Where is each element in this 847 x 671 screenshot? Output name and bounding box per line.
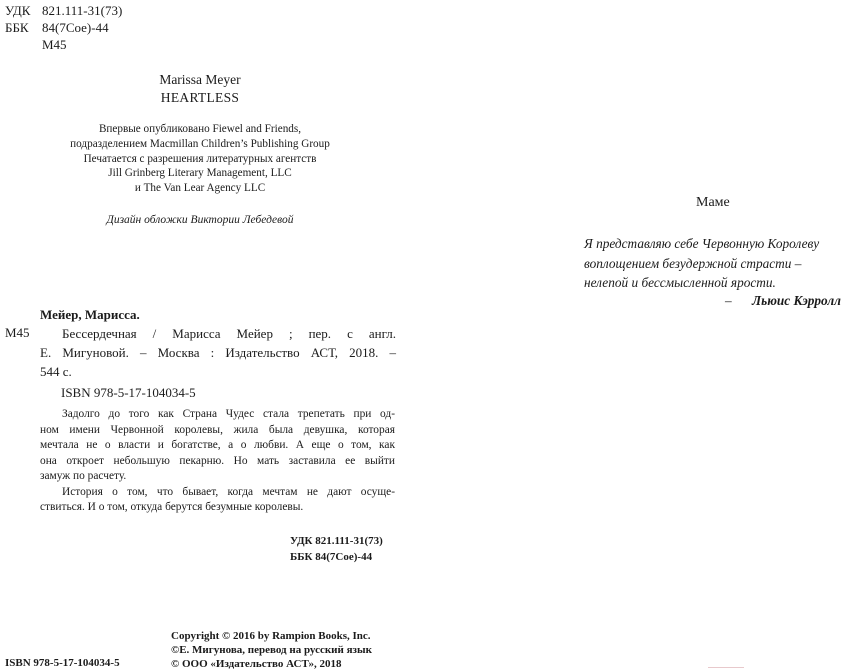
bib-description: Бессердечная / Марисса Мейер ; пер. с ан… bbox=[40, 324, 396, 381]
epigraph-dash: – bbox=[725, 293, 732, 309]
copyright-line: Copyright © 2016 by Rampion Books, Inc. bbox=[171, 629, 372, 643]
page-edge-mark bbox=[708, 667, 744, 668]
copyright-line: ©Е. Мигунова, перевод на русский язык bbox=[171, 643, 372, 657]
bib-description-line: Е. Мигуновой. – Москва : Издательство АС… bbox=[40, 343, 396, 362]
udk-label: УДК bbox=[5, 2, 42, 19]
copyright-line: © ООО «Издательство АСТ», 2018 bbox=[171, 657, 372, 671]
bottom-udk: УДК 821.111-31(73) bbox=[290, 533, 383, 549]
udk-code: УДК821.111-31(73) bbox=[5, 2, 122, 19]
bottom-bbk: ББК 84(7Сое)-44 bbox=[290, 549, 383, 565]
epigraph-line: воплощением безудержной страсти – bbox=[584, 254, 819, 274]
bottom-codes: УДК 821.111-31(73) ББК 84(7Сое)-44 bbox=[290, 533, 383, 565]
copyright-block: Copyright © 2016 by Rampion Books, Inc. … bbox=[171, 629, 372, 671]
bib-isbn: ISBN 978-5-17-104034-5 bbox=[61, 385, 196, 401]
annotation: Задолго до того как Страна Чудес стала т… bbox=[40, 407, 395, 516]
publishing-info-line: подразделением Macmillan Children’s Publ… bbox=[0, 137, 400, 152]
annotation-line: Задолго до того как Страна Чудес стала т… bbox=[40, 407, 395, 423]
epigraph-line: нелепой и бессмысленной ярости. bbox=[584, 273, 819, 293]
annotation-line: мечтала не о власти и богатстве, а о люб… bbox=[40, 438, 395, 454]
annotation-line: ствиться. И о том, откуда берутся безумн… bbox=[40, 500, 395, 516]
annotation-line: История о том, что бывает, когда мечтам … bbox=[40, 485, 395, 501]
epigraph-line: Я представляю себе Червонную Королеву bbox=[584, 234, 819, 254]
annotation-line: ном имени Червонной королевы, жила была … bbox=[40, 423, 395, 439]
bib-author-mark: М45 bbox=[5, 325, 30, 341]
bbk-value: 84(7Сое)-44 bbox=[42, 20, 109, 35]
publishing-info-line: Печатается с разрешения литературных аге… bbox=[0, 152, 400, 167]
bib-description-line: Бессердечная / Марисса Мейер ; пер. с ан… bbox=[40, 324, 396, 343]
original-author: Marissa Meyer bbox=[0, 71, 400, 88]
author-mark: М45 bbox=[42, 36, 67, 53]
publishing-info: Впервые опубликовано Fiewel and Friends,… bbox=[0, 122, 400, 196]
epigraph: Я представляю себе Червонную Королеву во… bbox=[584, 234, 819, 293]
annotation-line: она откроет небольшую пекарню. Но мать з… bbox=[40, 454, 395, 470]
udk-value: 821.111-31(73) bbox=[42, 3, 122, 18]
publishing-info-line: и The Van Lear Agency LLC bbox=[0, 181, 400, 196]
original-title: HEARTLESS bbox=[0, 89, 400, 106]
epigraph-author: Льюис Кэрролл bbox=[752, 293, 841, 309]
publishing-info-line: Впервые опубликовано Fiewel and Friends, bbox=[0, 122, 400, 137]
bib-description-line: 544 с. bbox=[40, 362, 396, 381]
bbk-label: ББК bbox=[5, 19, 42, 36]
annotation-line: замуж по расчету. bbox=[40, 469, 395, 485]
bbk-code: ББК84(7Сое)-44 bbox=[5, 19, 109, 36]
isbn-bottom: ISBN 978-5-17-104034-5 bbox=[5, 657, 120, 669]
dedication: Маме bbox=[696, 195, 730, 211]
cover-design-credit: Дизайн обложки Виктории Лебедевой bbox=[0, 213, 400, 228]
bib-author-heading: Мейер, Марисса. bbox=[40, 307, 140, 323]
publishing-info-line: Jill Grinberg Literary Management, LLC bbox=[0, 166, 400, 181]
